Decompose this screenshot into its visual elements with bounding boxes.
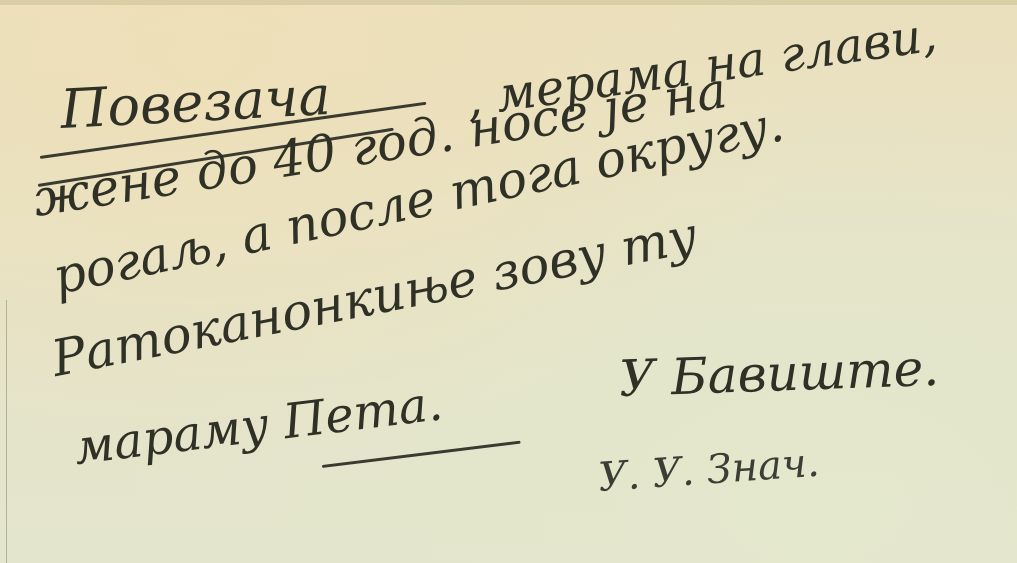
card-left-edge <box>6 300 7 563</box>
card-top-edge <box>0 0 1017 5</box>
note-card: Повезача , мерама на глави, жене до 40 г… <box>0 0 1017 563</box>
place-note: У Бавиште. <box>618 339 940 408</box>
text-line-5: мараму Пета. <box>71 375 445 476</box>
word-underline <box>322 441 521 468</box>
signature: У. У. Знач. <box>597 440 821 501</box>
